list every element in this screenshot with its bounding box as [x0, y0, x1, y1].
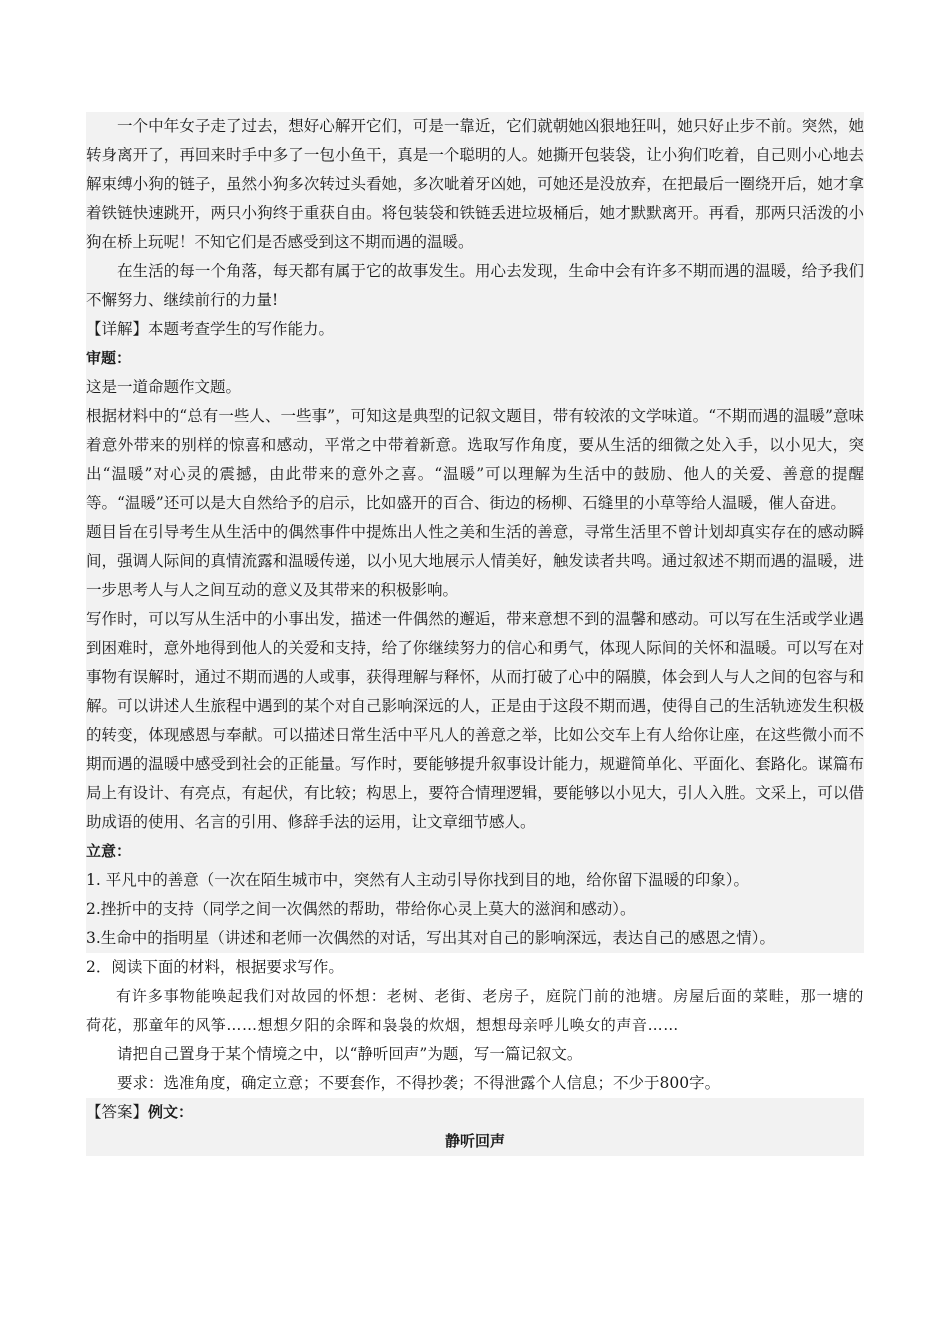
answer-block-shaded: 一个中年女子走了过去，想好心解开它们，可是一靠近，它们就朝她凶狠地狂叫，她只好止…	[86, 112, 864, 953]
analysis-paragraph: 题目旨在引导考生从生活中的偶然事件中提炼出人性之美和生活的善意，寻常生活里不曾计…	[86, 518, 864, 605]
shenti-heading: 审题：	[86, 344, 864, 373]
analysis-paragraph: 写作时，可以写从生活中的小事出发，描述一件偶然的邂逅，带来意想不到的温馨和感动。…	[86, 605, 864, 837]
essay-paragraph: 一个中年女子走了过去，想好心解开它们，可是一靠近，它们就朝她凶狠地狂叫，她只好止…	[86, 112, 864, 257]
question-prompt: 2．阅读下面的材料，根据要求写作。	[86, 953, 864, 982]
liyi-item: 1. 平凡中的善意（一次在陌生城市中，突然有人主动引导你找到目的地，给你留下温暖…	[86, 866, 864, 895]
liyi-item: 2.挫折中的支持（同学之间一次偶然的帮助，带给你心灵上莫大的滋润和感动）。	[86, 895, 864, 924]
sample-essay-label: 例文：	[148, 1103, 193, 1121]
answer-label: 【答案】	[86, 1103, 148, 1121]
question-instruction: 请把自己置身于某个情境之中，以“静听回声”为题，写一篇记叙文。	[86, 1040, 864, 1069]
detail-line: 【详解】本题考查学生的写作能力。	[86, 315, 864, 344]
essay-paragraph: 在生活的每一个角落，每天都有属于它的故事发生。用心去发现，生命中会有许多不期而遇…	[86, 257, 864, 315]
answer-label-line: 【答案】例文：	[86, 1098, 864, 1127]
question-material: 有许多事物能唤起我们对故园的怀想：老树、老街、老房子，庭院门前的池塘。房屋后面的…	[86, 982, 864, 1040]
analysis-paragraph: 根据材料中的“总有一些人、一些事”，可知这是典型的记叙文题目，带有较浓的文学味道…	[86, 402, 864, 518]
answer-header-shaded: 【答案】例文： 静听回声	[86, 1098, 864, 1156]
detail-label: 【详解】	[86, 320, 148, 338]
question-requirements: 要求：选准角度，确定立意；不要套作，不得抄袭；不得泄露个人信息；不少于800字。	[86, 1069, 864, 1098]
question-2: 2．阅读下面的材料，根据要求写作。 有许多事物能唤起我们对故园的怀想：老树、老街…	[86, 953, 864, 1098]
essay-title: 静听回声	[86, 1127, 864, 1156]
liyi-item: 3.生命中的指明星（讲述和老师一次偶然的对话，写出其对自己的影响深远，表达自己的…	[86, 924, 864, 953]
analysis-paragraph: 这是一道命题作文题。	[86, 373, 864, 402]
liyi-heading: 立意：	[86, 837, 864, 866]
detail-text: 本题考查学生的写作能力。	[148, 320, 334, 338]
document-page: 一个中年女子走了过去，想好心解开它们，可是一靠近，它们就朝她凶狠地狂叫，她只好止…	[86, 112, 864, 1156]
